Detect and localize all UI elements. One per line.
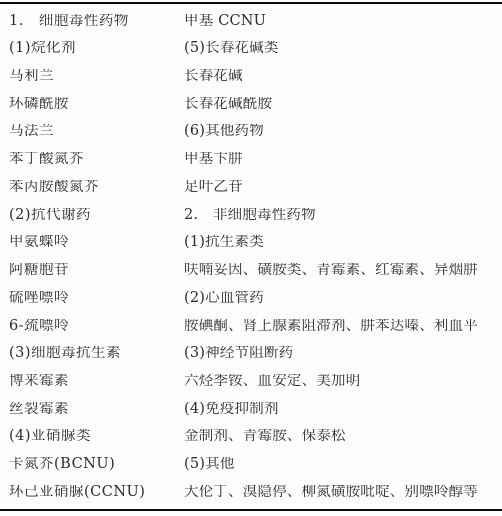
right-column-cell: 大伦丁、溴隐停、柳氮磺胺吡啶、别嘌呤醇等 bbox=[184, 485, 502, 500]
drug-classification-table: 1. 细胞毒性药物 甲基 CCNU (1)烷化剂 (5)长春花碱类 马利兰 长春… bbox=[0, 2, 502, 511]
left-column-cell: 6-巯嘌呤 bbox=[0, 319, 184, 334]
table-row: (4)亚硝脲类 金制剂、青霉胺、保泰松 bbox=[0, 423, 502, 451]
left-column-cell: 1. 细胞毒性药物 bbox=[0, 14, 184, 29]
right-column-cell: 长春花碱酰胺 bbox=[184, 97, 502, 112]
table-row: 苯丙胺酸氮芥 足叶乙苷 bbox=[0, 173, 502, 201]
right-column-cell: 胺碘酮、肾上腺素阻滞剂、肼苯达嗪、利血平 bbox=[184, 319, 502, 334]
table-row: 苯丁酸氮芥 甲基卞肼 bbox=[0, 146, 502, 174]
table-row: 1. 细胞毒性药物 甲基 CCNU bbox=[0, 7, 502, 35]
left-column-cell: 苯丙胺酸氮芥 bbox=[0, 180, 184, 195]
table-row: 环己亚硝脲(CCNU) 大伦丁、溴隐停、柳氮磺胺吡啶、别嘌呤醇等 bbox=[0, 478, 502, 506]
right-column-cell: 甲基 CCNU bbox=[184, 14, 502, 29]
right-column-cell: (1)抗生素类 bbox=[184, 235, 502, 250]
table-row: 马利兰 长春花碱 bbox=[0, 62, 502, 90]
left-column-cell: 苯丁酸氮芥 bbox=[0, 152, 184, 167]
right-column-cell: 六烃季铵、血安定、美加明 bbox=[184, 374, 502, 389]
left-column-cell: 阿糖胞苷 bbox=[0, 263, 184, 278]
right-column-cell: (3)神经节阻断药 bbox=[184, 346, 502, 361]
table-row: 博来霉素 六烃季铵、血安定、美加明 bbox=[0, 367, 502, 395]
right-column-cell: 足叶乙苷 bbox=[184, 180, 502, 195]
table-row: 6-巯嘌呤 胺碘酮、肾上腺素阻滞剂、肼苯达嗪、利血平 bbox=[0, 312, 502, 340]
table-row: (3)细胞毒抗生素 (3)神经节阻断药 bbox=[0, 340, 502, 368]
left-column-cell: 环磷酰胺 bbox=[0, 97, 184, 112]
right-column-cell: 呋喃妥因、磺胺类、青霉素、红霉素、异烟肼 bbox=[184, 263, 502, 278]
table-row: 马法兰 (6)其他药物 bbox=[0, 118, 502, 146]
table-row: (2)抗代谢药 2. 非细胞毒性药物 bbox=[0, 201, 502, 229]
left-column-cell: (4)亚硝脲类 bbox=[0, 429, 184, 444]
left-column-cell: (2)抗代谢药 bbox=[0, 208, 184, 223]
right-column-cell: (6)其他药物 bbox=[184, 124, 502, 139]
table-row: 阿糖胞苷 呋喃妥因、磺胺类、青霉素、红霉素、异烟肼 bbox=[0, 256, 502, 284]
right-column-cell: (5)长春花碱类 bbox=[184, 41, 502, 56]
left-column-cell: (1)烷化剂 bbox=[0, 41, 184, 56]
left-column-cell: 甲氨蝶呤 bbox=[0, 235, 184, 250]
table-row: 丝裂霉素 (4)免疫抑制剂 bbox=[0, 395, 502, 423]
left-column-cell: 马利兰 bbox=[0, 69, 184, 84]
left-column-cell: 博来霉素 bbox=[0, 374, 184, 389]
table-row: 卡氮芥(BCNU) (5)其他 bbox=[0, 451, 502, 479]
table-row: 甲氨蝶呤 (1)抗生素类 bbox=[0, 229, 502, 257]
right-column-cell: (2)心血管药 bbox=[184, 291, 502, 306]
right-column-cell: 甲基卞肼 bbox=[184, 152, 502, 167]
right-column-cell: (4)免疫抑制剂 bbox=[184, 402, 502, 417]
left-column-cell: 卡氮芥(BCNU) bbox=[0, 457, 184, 472]
table-row: 硫唑嘌呤 (2)心血管药 bbox=[0, 284, 502, 312]
right-column-cell: 长春花碱 bbox=[184, 69, 502, 84]
left-column-cell: 环己亚硝脲(CCNU) bbox=[0, 485, 184, 500]
right-column-cell: (5)其他 bbox=[184, 457, 502, 472]
left-column-cell: 硫唑嘌呤 bbox=[0, 291, 184, 306]
table-row: (1)烷化剂 (5)长春花碱类 bbox=[0, 35, 502, 63]
right-column-cell: 2. 非细胞毒性药物 bbox=[184, 208, 502, 223]
left-column-cell: (3)细胞毒抗生素 bbox=[0, 346, 184, 361]
right-column-cell: 金制剂、青霉胺、保泰松 bbox=[184, 429, 502, 444]
left-column-cell: 马法兰 bbox=[0, 124, 184, 139]
table-row: 环磷酰胺 长春花碱酰胺 bbox=[0, 90, 502, 118]
document-page: 1. 细胞毒性药物 甲基 CCNU (1)烷化剂 (5)长春花碱类 马利兰 长春… bbox=[0, 0, 502, 516]
left-column-cell: 丝裂霉素 bbox=[0, 402, 184, 417]
